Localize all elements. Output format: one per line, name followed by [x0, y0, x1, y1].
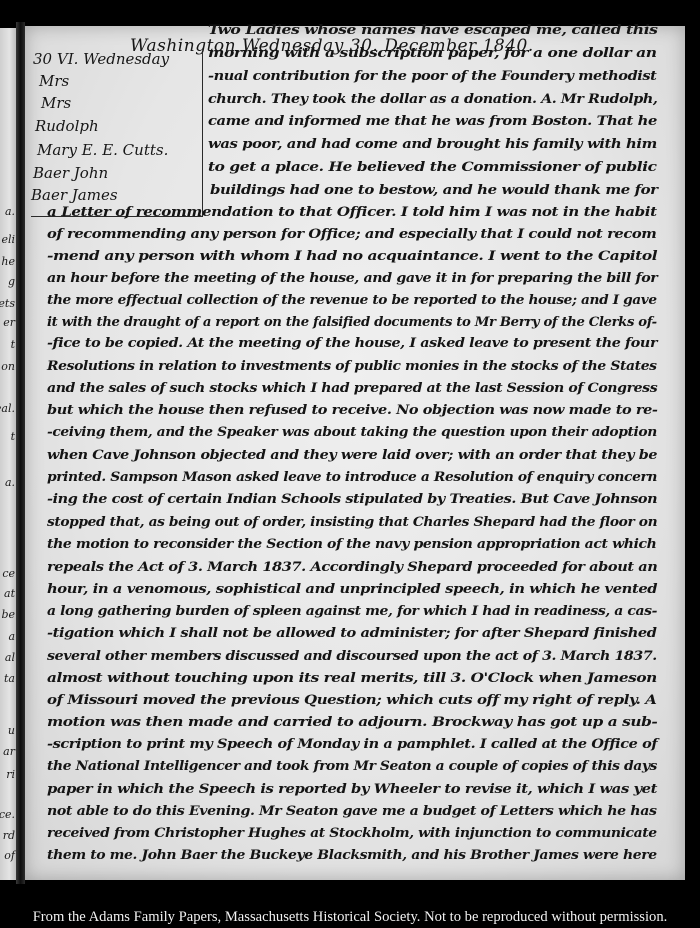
entry-line: -fice to be copied. At the meeting of th…	[47, 335, 657, 350]
entry-line: printed. Sampson Mason asked leave to in…	[47, 469, 657, 484]
entry-line: the motion to reconsider the Section of …	[47, 536, 656, 551]
entry-line: not able to do this Evening. Mr Seaton g…	[47, 803, 657, 818]
facing-page-text-fragment: t	[11, 338, 15, 351]
facing-page-text-fragment: a	[8, 630, 15, 643]
facing-page-text-fragment: ar	[3, 745, 15, 758]
facing-page-text-fragment: he	[1, 255, 15, 268]
facing-page-text-fragment: rd	[3, 829, 15, 842]
entry-line: an hour before the meeting of the house,…	[47, 270, 657, 285]
entry-line: them to me. John Baer the Buckeye Blacks…	[47, 847, 657, 862]
entry-line: several other members discussed and disc…	[47, 648, 657, 663]
entry-line: a long gathering burden of spleen agains…	[47, 603, 657, 618]
facing-page-text-fragment: of	[4, 849, 15, 862]
facing-page-text-fragment: ri	[6, 768, 15, 781]
entry-line: almost without touching upon its real me…	[47, 670, 657, 685]
facing-page-edge: a.elihegetsertoneal.ta.ceatbeaaltauarric…	[0, 28, 16, 880]
facing-page-text-fragment: ets	[0, 297, 15, 310]
entry-line: hour, in a venomous, sophistical and unp…	[47, 581, 657, 596]
facing-page-text-fragment: t	[11, 430, 15, 443]
entry-line: to get a place. He believed the Commissi…	[208, 159, 657, 174]
facing-page-text-fragment: at	[4, 587, 15, 600]
entry-line: of Missouri moved the previous Question;…	[47, 692, 656, 707]
entry-line: motion was then made and carried to adjo…	[47, 714, 657, 729]
margin-note: Mrs	[39, 72, 69, 90]
entry-line: when Cave Johnson objected and they were…	[47, 447, 657, 462]
margin-note: Rudolph	[35, 117, 99, 135]
facing-page-text-fragment: al	[5, 651, 15, 664]
entry-line: but which the house then refused to rece…	[47, 402, 658, 417]
entry-line: the National Intelligencer and took from…	[47, 758, 657, 773]
entry-line: received from Christopher Hughes at Stoc…	[47, 825, 657, 840]
entry-line: -ceiving them, and the Speaker was about…	[47, 424, 657, 439]
facing-page-text-fragment: on	[1, 360, 15, 373]
entry-line: paper in which the Speech is reported by…	[47, 781, 657, 796]
facing-page-text-fragment: u	[8, 724, 15, 737]
facing-page-text-fragment: eal.	[0, 402, 15, 415]
facing-page-text-fragment: be	[1, 608, 15, 621]
entry-line: church. They took the dollar as a donati…	[208, 91, 657, 106]
margin-note: Baer John	[33, 164, 108, 182]
entry-line: was poor, and had come and brought his f…	[208, 136, 657, 151]
entry-line: and the sales of such stocks which I had…	[47, 380, 657, 395]
entry-line: Resolutions in relation to investments o…	[47, 358, 657, 373]
entry-line: it with the draught of a report on the f…	[47, 314, 657, 329]
entry-line: -nual contribution for the poor of the F…	[208, 68, 656, 83]
entry-line: -scription to print my Speech of Monday …	[47, 736, 657, 751]
facing-page-text-fragment: a.	[5, 476, 15, 489]
facing-page-text-fragment: er	[3, 316, 15, 329]
margin-note: Mrs	[41, 94, 71, 112]
facing-page-text-fragment: eli	[1, 233, 15, 246]
entry-line: the more effectual collection of the rev…	[47, 292, 657, 307]
facing-page-text-fragment: a.	[5, 205, 15, 218]
facing-page-text-fragment: ta	[4, 672, 15, 685]
entry-line: -mend any person with whom I had no acqu…	[47, 248, 657, 263]
margin-note: Mary E. E. Cutts.	[37, 141, 168, 159]
margin-note: Baer James	[31, 186, 118, 204]
entry-line: Two Ladies whose names have escaped me, …	[208, 22, 658, 37]
entry-line: -ing the cost of certain Indian Schools …	[47, 491, 657, 506]
entry-line: morning with a subscription paper, for a…	[208, 45, 657, 60]
entry-line: came and informed me that he was from Bo…	[208, 113, 657, 128]
entry-line: of recommending any person for Office; a…	[47, 226, 656, 241]
entry-line: a Letter of recommendation to that Offic…	[47, 204, 657, 219]
facing-page-text-fragment: ce.	[0, 808, 15, 821]
diary-page: Washington Wednesday 30. December 1840. …	[25, 26, 685, 880]
margin-note-date: 30 VI. Wednesday	[33, 50, 169, 68]
entry-line: stopped that, as being out of order, ins…	[47, 514, 657, 529]
facing-page-text-fragment: g	[8, 275, 15, 288]
book-gutter	[16, 22, 25, 884]
copyright-caption: From the Adams Family Papers, Massachuse…	[0, 909, 700, 926]
entry-line: -tigation which I shall not be allowed t…	[47, 625, 657, 640]
facing-page-text-fragment: ce	[2, 567, 15, 580]
entry-line: repeals the Act of 3. March 1837. Accord…	[47, 559, 657, 574]
entry-line: buildings had one to bestow, and he woul…	[210, 182, 658, 197]
